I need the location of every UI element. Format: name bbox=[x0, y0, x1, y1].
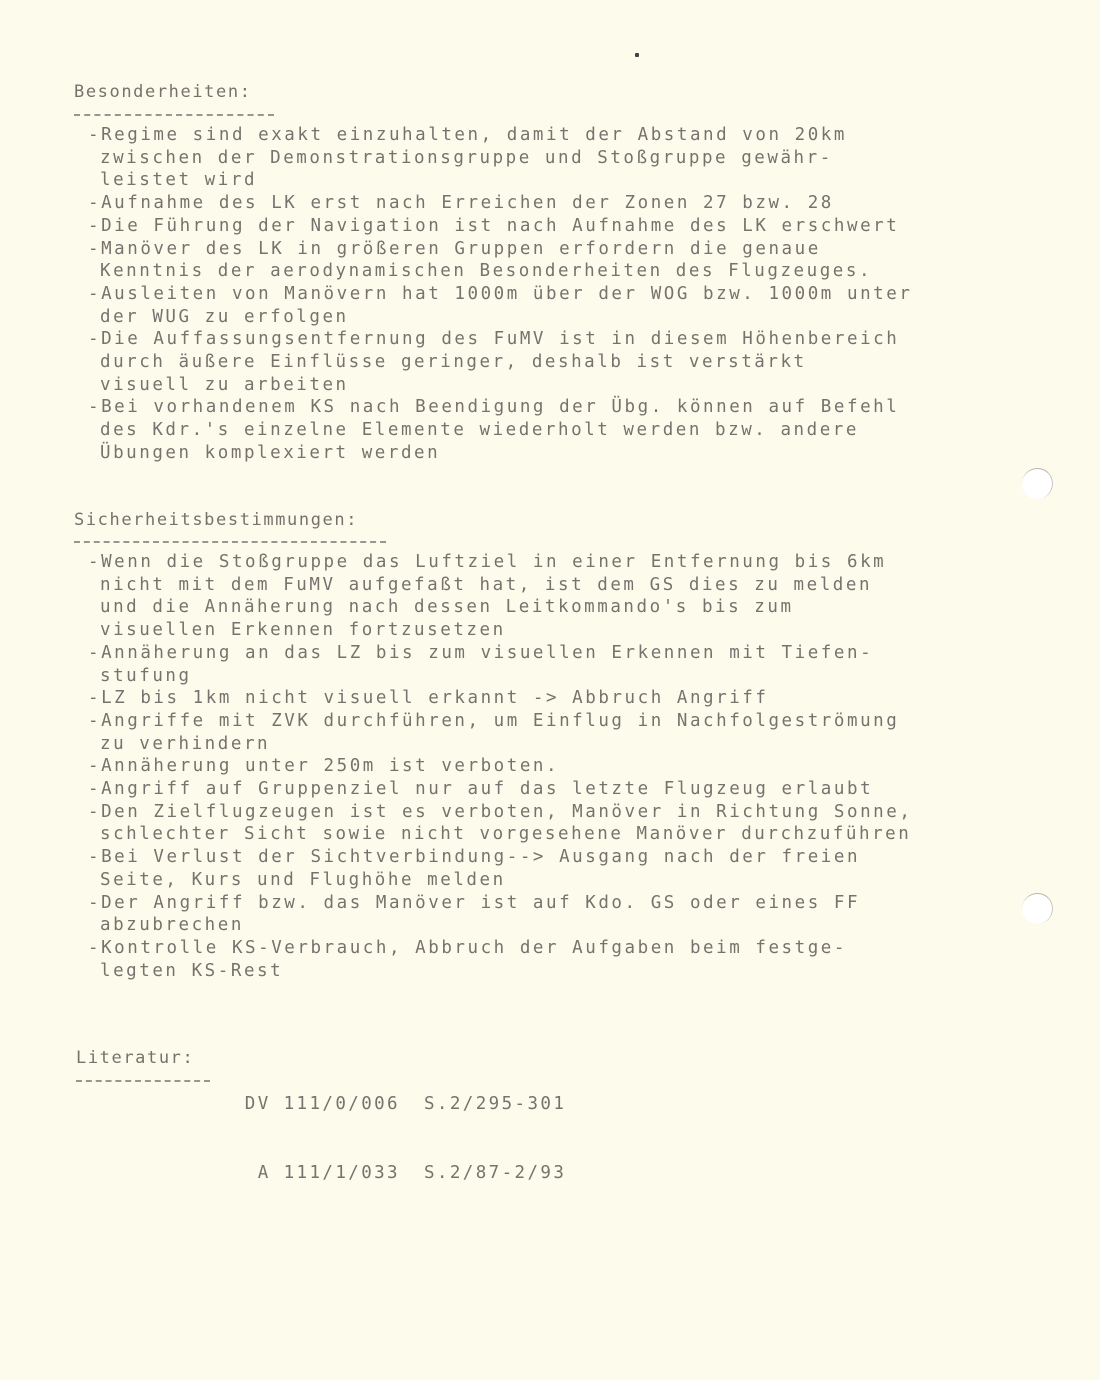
heading-underline bbox=[74, 541, 386, 543]
list-item: -Kontrolle KS-Verbrauch, Abbruch der Auf… bbox=[88, 937, 912, 982]
item-first-line: -Annäherung unter 250m ist verboten. bbox=[88, 755, 912, 778]
item-first-line: -Bei Verlust der Sichtverbindung--> Ausg… bbox=[88, 846, 912, 869]
item-first-line: -Annäherung an das LZ bis zum visuellen … bbox=[88, 642, 912, 665]
list-item: -Annäherung an das LZ bis zum visuellen … bbox=[88, 642, 912, 687]
scanned-page: Besonderheiten: -Regime sind exakt einzu… bbox=[0, 0, 1100, 1380]
list-item: -Wenn die Stoßgruppe das Luftziel in ein… bbox=[88, 551, 912, 642]
literature-underline bbox=[76, 1080, 210, 1082]
ink-dot-mark bbox=[635, 53, 639, 57]
literature-doc: DV 111/0/006 bbox=[238, 1093, 400, 1116]
literature-pages-ref: S.2/295-301 bbox=[424, 1093, 566, 1116]
item-continuation-line: stufung bbox=[88, 665, 912, 688]
section-heading-besonderheiten: Besonderheiten: bbox=[74, 82, 252, 102]
item-continuation-line: und die Annäherung nach dessen Leitkomma… bbox=[88, 596, 912, 619]
item-continuation-line: abzubrechen bbox=[88, 914, 912, 937]
item-continuation-line: schlechter Sicht sowie nicht vorgesehene… bbox=[88, 823, 912, 846]
list-item: -Annäherung unter 250m ist verboten. bbox=[88, 755, 912, 778]
item-continuation-line: visuell zu arbeiten bbox=[88, 374, 912, 397]
item-first-line: -Angriffe mit ZVK durchführen, um Einflu… bbox=[88, 710, 912, 733]
punch-hole-icon bbox=[1022, 893, 1053, 924]
literature-pages: S.2/295-301 S.2/87-2/93 bbox=[424, 1047, 566, 1231]
item-first-line: -Die Führung der Navigation ist nach Auf… bbox=[88, 215, 912, 238]
list-item: -Angriffe mit ZVK durchführen, um Einflu… bbox=[88, 710, 912, 755]
item-continuation-line: des Kdr.'s einzelne Elemente wiederholt … bbox=[88, 419, 912, 442]
item-continuation-line: Seite, Kurs und Flughöhe melden bbox=[88, 869, 912, 892]
item-continuation-line: Kenntnis der aerodynamischen Besonderhei… bbox=[88, 260, 912, 283]
list-item: -Den Zielflugzeugen ist es verboten, Man… bbox=[88, 801, 912, 846]
literature-documents: DV 111/0/006 A 111/1/033 bbox=[238, 1047, 400, 1231]
item-first-line: -Aufnahme des LK erst nach Erreichen der… bbox=[88, 192, 912, 215]
sicherheitsbestimmungen-list: -Wenn die Stoßgruppe das Luftziel in ein… bbox=[88, 551, 912, 982]
list-item: -Der Angriff bzw. das Manöver ist auf Kd… bbox=[88, 892, 912, 937]
section-heading-sicherheitsbestimmungen: Sicherheitsbestimmungen: bbox=[74, 510, 358, 530]
punch-hole-icon bbox=[1022, 468, 1053, 499]
list-item: -Bei vorhandenem KS nach Beendigung der … bbox=[88, 396, 912, 464]
item-first-line: -Regime sind exakt einzuhalten, damit de… bbox=[88, 124, 912, 147]
item-first-line: -Kontrolle KS-Verbrauch, Abbruch der Auf… bbox=[88, 937, 912, 960]
item-continuation-line: zwischen der Demonstrationsgruppe und St… bbox=[88, 147, 912, 170]
literature-pages-ref: S.2/87-2/93 bbox=[424, 1162, 566, 1185]
list-item: -Die Auffassungsentfernung des FuMV ist … bbox=[88, 328, 912, 396]
literature-label: Literatur: bbox=[76, 1048, 194, 1068]
item-continuation-line: durch äußere Einflüsse geringer, deshalb… bbox=[88, 351, 912, 374]
literature-doc: A 111/1/033 bbox=[238, 1162, 400, 1185]
list-item: -LZ bis 1km nicht visuell erkannt -> Abb… bbox=[88, 687, 912, 710]
list-item: -Manöver des LK in größeren Gruppen erfo… bbox=[88, 238, 912, 283]
list-item: -Regime sind exakt einzuhalten, damit de… bbox=[88, 124, 912, 192]
item-continuation-line: Übungen komplexiert werden bbox=[88, 442, 912, 465]
item-first-line: -Ausleiten von Manövern hat 1000m über d… bbox=[88, 283, 912, 306]
item-first-line: -Die Auffassungsentfernung des FuMV ist … bbox=[88, 328, 912, 351]
item-first-line: -Manöver des LK in größeren Gruppen erfo… bbox=[88, 238, 912, 261]
item-first-line: -Den Zielflugzeugen ist es verboten, Man… bbox=[88, 801, 912, 824]
list-item: -Bei Verlust der Sichtverbindung--> Ausg… bbox=[88, 846, 912, 891]
item-first-line: -LZ bis 1km nicht visuell erkannt -> Abb… bbox=[88, 687, 912, 710]
list-item: -Angriff auf Gruppenziel nur auf das let… bbox=[88, 778, 912, 801]
list-item: -Die Führung der Navigation ist nach Auf… bbox=[88, 215, 912, 238]
item-continuation-line: zu verhindern bbox=[88, 733, 912, 756]
item-first-line: -Wenn die Stoßgruppe das Luftziel in ein… bbox=[88, 551, 912, 574]
item-continuation-line: visuellen Erkennen fortzusetzen bbox=[88, 619, 912, 642]
item-continuation-line: legten KS-Rest bbox=[88, 960, 912, 983]
item-first-line: -Bei vorhandenem KS nach Beendigung der … bbox=[88, 396, 912, 419]
item-continuation-line: nicht mit dem FuMV aufgefaßt hat, ist de… bbox=[88, 574, 912, 597]
item-first-line: -Der Angriff bzw. das Manöver ist auf Kd… bbox=[88, 892, 912, 915]
list-item: -Ausleiten von Manövern hat 1000m über d… bbox=[88, 283, 912, 328]
item-continuation-line: leistet wird bbox=[88, 169, 912, 192]
item-first-line: -Angriff auf Gruppenziel nur auf das let… bbox=[88, 778, 912, 801]
heading-underline bbox=[74, 114, 274, 116]
besonderheiten-list: -Regime sind exakt einzuhalten, damit de… bbox=[88, 124, 912, 465]
item-continuation-line: der WUG zu erfolgen bbox=[88, 306, 912, 329]
list-item: -Aufnahme des LK erst nach Erreichen der… bbox=[88, 192, 912, 215]
